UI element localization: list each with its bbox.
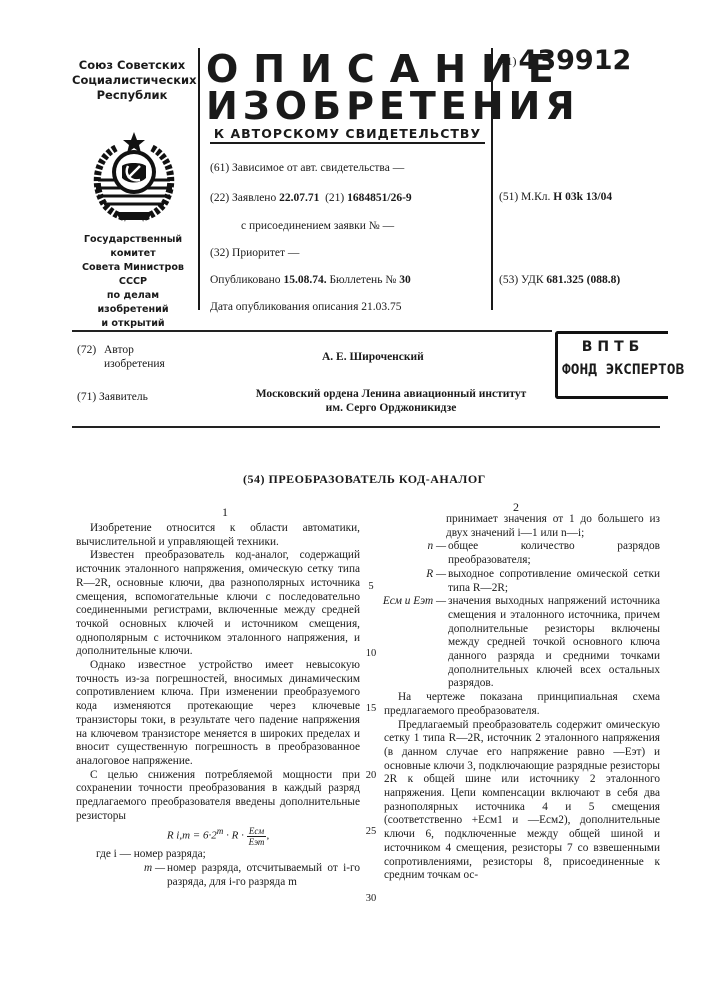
document-title-line2: ИЗОБРЕТЕНИЯ — [206, 86, 580, 126]
paragraph: Известен преобразователь код-аналог, сод… — [76, 549, 360, 659]
definition-e: Eсм и Eэт — значения выходных напряжений… — [362, 595, 660, 691]
formula-fraction: Eсм Eэт — [247, 826, 267, 847]
definition-term: m — — [144, 862, 167, 889]
parties-bottom-rule — [72, 426, 660, 428]
applicant-line: Московский ордена Ленина авиационный инс… — [232, 387, 550, 401]
filed-label: (22) Заявлено — [210, 192, 276, 204]
country-line: Социалистических — [72, 73, 192, 88]
description-date-field: Дата опубликования описания 21.03.75 — [210, 300, 402, 314]
priority-field: (32) Приоритет — — [210, 246, 299, 260]
author-label-line: изобретения — [104, 357, 165, 371]
paragraph: С целью снижения потребляемой мощности п… — [76, 769, 360, 824]
published-label: Опубликовано — [210, 274, 281, 286]
country-line: Республик — [72, 88, 192, 103]
bulletin-label: Бюллетень № — [329, 274, 396, 286]
definition-n: n — общее количество разрядов преобразов… — [384, 540, 660, 567]
ussr-state-emblem-icon — [86, 130, 182, 225]
country-line: Союз Советских — [72, 58, 192, 73]
library-stamp: ВПТБ ФОНД ЭКСПЕРТОВ — [555, 331, 668, 399]
application-number: 1684851/26-9 — [347, 192, 412, 204]
fraction-denominator: Eэт — [247, 837, 267, 847]
line-number: 15 — [361, 703, 381, 714]
bulletin-number: 30 — [399, 274, 411, 286]
patent-code: (11) — [497, 54, 517, 68]
classification-label: (51) М.Кл. — [499, 191, 550, 203]
udk-field: (53) УДК 681.325 (088.8) — [499, 273, 620, 287]
document-subtitle: К АВТОРСКОМУ СВИДЕТЕЛЬСТВУ — [210, 126, 485, 144]
line-number: 5 — [361, 581, 381, 592]
applicant-line: им. Серго Орджоникидзе — [232, 401, 550, 415]
filed-field: (22) Заявлено 22.07.71 (21) 1684851/26-9 — [210, 191, 412, 205]
committee-line: Совета Министров СССР — [70, 261, 196, 289]
formula-mid: · R · — [223, 830, 243, 842]
attached-field: с присоединением заявки № — — [241, 219, 394, 233]
classification-field: (51) М.Кл. H 03k 13/04 — [499, 190, 612, 204]
text-column-2: принимает значения от 1 до большего из д… — [384, 513, 660, 883]
formula-lhs: R i,m = 6·2 — [167, 830, 217, 842]
stamp-line: ВПТБ — [558, 339, 668, 355]
patent-number: (11)439912 — [497, 45, 631, 76]
paragraph: принимает значения от 1 до большего из д… — [384, 513, 660, 540]
author-label-line: Автор — [104, 343, 165, 357]
column-number: 1 — [222, 505, 228, 520]
definition-text: выходное сопротивление омической сетки т… — [448, 568, 660, 595]
definition-text: значения выходных напряжений источника с… — [448, 595, 660, 691]
line-number: 30 — [361, 893, 381, 904]
applicant-label: (71) Заявитель — [77, 390, 148, 404]
classification-value: H 03k 13/04 — [553, 191, 612, 203]
published-field: Опубликовано 15.08.74. Бюллетень № 30 — [210, 273, 411, 287]
filed-date: 22.07.71 — [279, 192, 319, 204]
definition-text: общее количество разрядов преобразовател… — [448, 540, 660, 567]
committee-line: Государственный комитет — [70, 233, 196, 261]
published-date: 15.08.74. — [283, 274, 326, 286]
author-code: (72) — [77, 343, 96, 357]
definition-term: Eсм и Eэт — — [362, 595, 448, 691]
paragraph: Однако известное устройство имеет невысо… — [76, 659, 360, 769]
stamp-line: ФОНД ЭКСПЕРТОВ — [562, 362, 684, 378]
committee-name: Государственный комитет Совета Министров… — [70, 233, 196, 331]
definition-text: номер разряда, отсчитываемый от i-го раз… — [167, 862, 360, 889]
line-number: 20 — [361, 770, 381, 781]
committee-line: и открытий — [70, 317, 196, 331]
country-name: Союз Советских Социалистических Республи… — [72, 58, 192, 103]
definition-r: R — выходное сопротивление омической сет… — [384, 568, 660, 595]
header-bottom-rule — [72, 330, 552, 332]
dependent-field: (61) Зависимое от авт. свидетельства — — [210, 161, 404, 175]
definition-term: R — — [384, 568, 448, 595]
fraction-numerator: Eсм — [247, 826, 267, 837]
udk-label: (53) УДК — [499, 274, 544, 286]
applicant-name: Московский ордена Ленина авиационный инс… — [232, 387, 550, 415]
header-divider-left — [198, 48, 200, 310]
paragraph: Предлагаемый преобразователь содержит ом… — [384, 719, 660, 883]
author-name: А. Е. Широченский — [322, 350, 424, 364]
udk-value: 681.325 (088.8) — [546, 274, 620, 286]
paragraph: На чертеже показана принципиальная схема… — [384, 691, 660, 718]
line-number: 25 — [361, 826, 381, 837]
paragraph: Изобретение относится к области автомати… — [76, 522, 360, 549]
patent-number-value: 439912 — [519, 45, 632, 76]
committee-line: по делам изобретений — [70, 289, 196, 317]
author-label: Автор изобретения — [104, 343, 165, 371]
resistor-formula: R i,m = 6·2m · R · Eсм Eэт , — [76, 825, 360, 847]
application-label: (21) — [325, 192, 344, 204]
definition-m: m — номер разряда, отсчитываемый от i-го… — [76, 862, 360, 889]
definition-i: где i — номер разряда; — [76, 848, 360, 862]
invention-title: (54) ПРЕОБРАЗОВАТЕЛЬ КОД-АНАЛОГ — [243, 472, 486, 487]
definition-term: n — — [384, 540, 448, 567]
text-column-1: Изобретение относится к области автомати… — [76, 522, 360, 889]
